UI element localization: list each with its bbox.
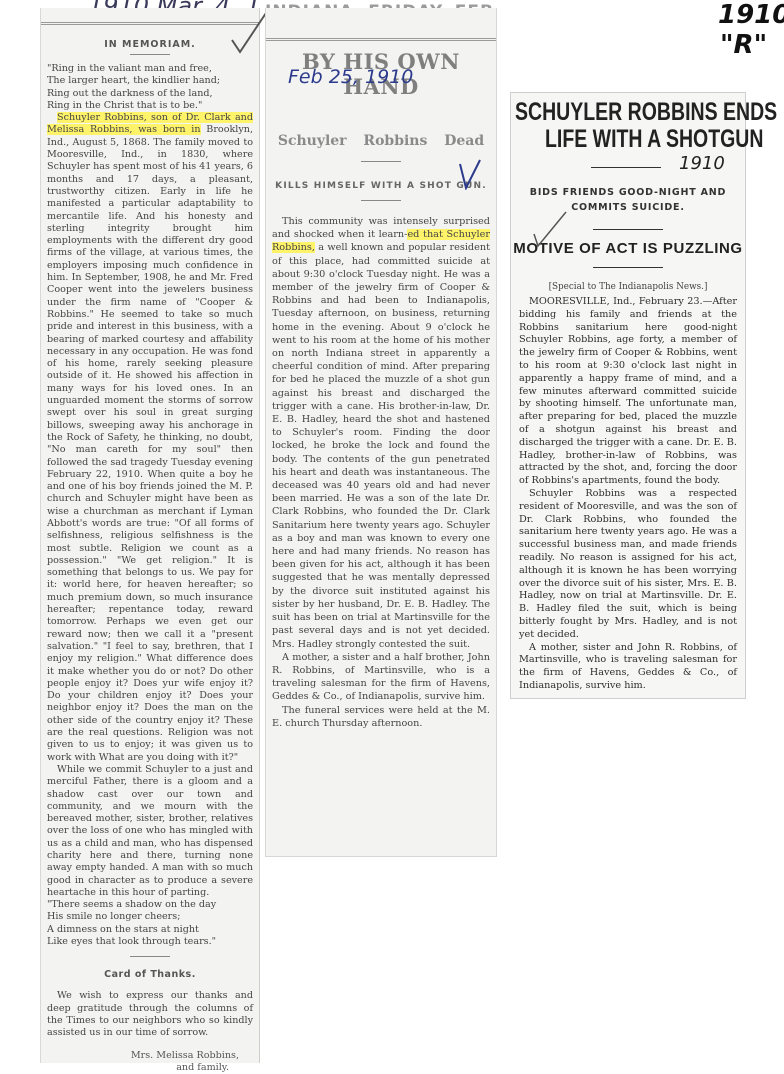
top-rule	[41, 22, 259, 25]
paragraph-text: a well known and popular resident of thi…	[272, 242, 490, 649]
handwritten-year: 1910	[679, 153, 725, 174]
paragraph-text: A mother, a sister and a half brother, J…	[272, 651, 490, 704]
memoriam-title: IN MEMORIAM.	[41, 39, 259, 50]
signature: Mrs. Melissa Robbins, and family.	[41, 1050, 259, 1074]
checkmark-icon	[458, 158, 482, 190]
poem-line: "There seems a shadow on the day	[47, 899, 253, 911]
paragraph-text: A mother, sister and John R. Robbins, of…	[519, 642, 737, 693]
divider	[591, 167, 661, 168]
handwritten-date-mid: Feb 25, 1910	[288, 66, 413, 88]
closing-poem: "There seems a shadow on the day His smi…	[41, 899, 259, 948]
checkmark-icon	[230, 8, 270, 54]
handwritten-code-corner: "R"	[720, 30, 767, 60]
poem-line: Ring out the darkness of the land,	[47, 88, 253, 100]
divider	[593, 229, 663, 230]
poem-line: A dimness on the stars at night	[47, 924, 253, 936]
memoriam-body: Schuyler Robbins, son of Dr. Clark and M…	[41, 112, 259, 899]
paragraph-text: Schuyler Robbins was a respected residen…	[519, 488, 737, 642]
obituary-clipping-in-memoriam: IN MEMORIAM. "Ring in the valiant man an…	[40, 8, 260, 1063]
paragraph-text: While we commit Schuyler to a just and m…	[47, 764, 253, 899]
intro-poem: "Ring in the valiant man and free, The l…	[41, 63, 259, 112]
headline-line: SCHUYLER ROBBINS ENDS	[515, 99, 694, 126]
poem-line: "Ring in the valiant man and free,	[47, 63, 253, 75]
card-of-thanks-title: Card of Thanks.	[41, 969, 259, 980]
divider	[593, 267, 663, 268]
news-clipping-indianapolis-news: SCHUYLER ROBBINS ENDS LIFE WITH A SHOTGU…	[510, 92, 746, 699]
paragraph-text: Brooklyn, Ind., August 5, 1868. The fami…	[47, 124, 253, 762]
signature-line: Mrs. Melissa Robbins,	[41, 1050, 239, 1062]
news-clipping-by-his-own-hand: BY HIS OWN HAND Schuyler Robbins Dead KI…	[265, 8, 497, 857]
headline-line: LIFE WITH A SHOTGUN	[545, 126, 701, 153]
checkmark-icon	[530, 210, 570, 250]
section-divider	[130, 956, 170, 957]
poem-line: His smile no longer cheers;	[47, 911, 253, 923]
credit-line: [Special to The Indianapolis News.]	[511, 282, 745, 292]
poem-line: Like eyes that look through tears."	[47, 936, 253, 948]
signature-line: and family.	[41, 1062, 239, 1074]
poem-line: Ring in the Christ that is to be."	[47, 100, 253, 112]
article-body: This community was intensely surprised a…	[266, 215, 496, 730]
headline: SCHUYLER ROBBINS ENDS LIFE WITH A SHOTGU…	[511, 93, 745, 153]
title-divider	[130, 54, 170, 55]
paragraph-text: We wish to express our thanks and deep g…	[47, 990, 253, 1039]
paragraph-text: The funeral services were held at the M.…	[272, 704, 490, 730]
handwritten-year-corner: 1910	[718, 0, 784, 30]
article-body: MOORESVILLE, Ind., February 23.—After bi…	[511, 296, 745, 693]
card-of-thanks-text: We wish to express our thanks and deep g…	[41, 990, 259, 1039]
paragraph-text: MOORESVILLE, Ind., February 23.—After bi…	[519, 296, 737, 488]
divider	[361, 200, 401, 201]
top-rule	[266, 38, 496, 41]
poem-line: The larger heart, the kindlier hand;	[47, 75, 253, 87]
divider	[361, 161, 401, 162]
subheadline: Schuyler Robbins Dead	[266, 133, 496, 149]
